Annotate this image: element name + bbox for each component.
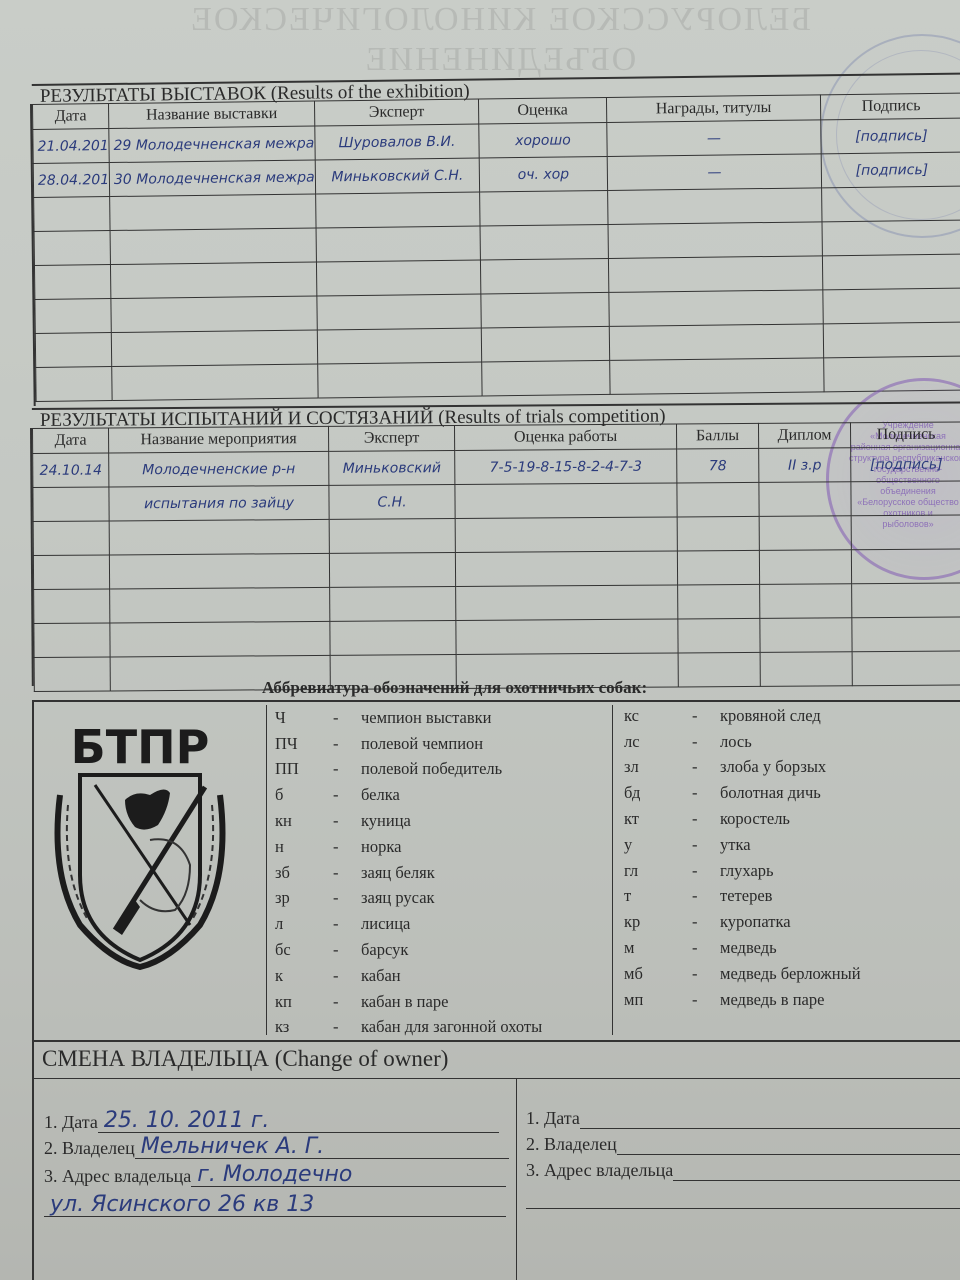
owner2-date-field[interactable] — [580, 1106, 960, 1129]
empty-cell — [35, 299, 111, 334]
dash: - — [692, 757, 720, 777]
abbreviation-item: гл-глухарь — [612, 858, 942, 884]
col-signature: Подпись — [850, 422, 960, 448]
owner2-owner-field[interactable] — [617, 1132, 960, 1155]
abbreviation-description: злоба у борзых — [720, 757, 942, 777]
empty-cell — [759, 516, 851, 551]
diploma-cell: II з.р — [759, 448, 851, 483]
dash: - — [333, 708, 361, 728]
empty-cell — [318, 362, 482, 398]
empty-cell — [822, 254, 960, 290]
abbreviation-item: кс-кровяной след — [612, 703, 942, 729]
abbreviation-item: кр-куропатка — [612, 909, 942, 935]
awards-cell: — — [607, 120, 821, 157]
abbreviation-item: кн-куница — [267, 808, 612, 834]
empty-cell — [480, 258, 608, 294]
exhibition-results-section: РЕЗУЛЬТАТЫ ВЫСТАВОК (Results of the exhi… — [30, 93, 960, 406]
dash: - — [692, 732, 720, 752]
abbreviation-code: мб — [612, 964, 692, 984]
empty-cell — [851, 549, 960, 584]
abbreviation-description: болотная дичь — [720, 783, 942, 803]
empty-cell — [316, 226, 480, 262]
abbreviation-item: кп-кабан в паре — [267, 989, 612, 1015]
col-signature: Подпись — [820, 93, 960, 120]
empty-cell — [609, 324, 823, 361]
abbreviation-description: коростель — [720, 809, 942, 829]
abbreviation-description: барсук — [361, 940, 612, 960]
date-cell — [33, 487, 109, 522]
divider — [34, 1078, 960, 1079]
abbreviation-code: зр — [267, 888, 333, 908]
abbreviation-code: кт — [612, 809, 692, 829]
empty-cell — [824, 356, 960, 392]
abbreviation-item: т-тетерев — [612, 884, 942, 910]
abbreviation-description: заяц беляк — [361, 863, 612, 883]
abbreviation-code: кр — [612, 912, 692, 932]
owner1-date-label: 1. Дата — [44, 1112, 98, 1133]
empty-cell — [480, 190, 608, 226]
svg-text:БТПР: БТПР — [71, 720, 210, 774]
abbreviation-code: кп — [267, 992, 333, 1012]
abbreviation-item: Ч-чемпион выставки — [267, 705, 612, 731]
expert-cell: Шуровалов В.И. — [315, 124, 479, 160]
abbreviation-item: зб-заяц беляк — [267, 860, 612, 886]
col-points: Баллы — [676, 423, 758, 449]
owner1-address-line: 3. Адрес владельца г. Молодечно — [44, 1164, 506, 1187]
owner2-date-label: 1. Дата — [526, 1108, 580, 1129]
divider — [516, 1078, 517, 1280]
points-cell — [677, 482, 759, 517]
abbreviation-description: тетерев — [720, 886, 942, 906]
col-diploma: Диплом — [758, 423, 850, 449]
dash: - — [333, 1017, 361, 1037]
abbreviation-code: мп — [612, 990, 692, 1010]
expert-cell: Миньковский — [329, 451, 455, 486]
owner1-owner-field[interactable]: Мельничек А. Г. — [135, 1136, 509, 1159]
owner2-address-label: 3. Адрес владельца — [526, 1160, 673, 1181]
event-name-cell: испытания по зайцу — [109, 485, 329, 521]
abbreviation-item: л-лисица — [267, 911, 612, 937]
empty-cell — [608, 188, 822, 225]
grade-cell: оч. хор — [479, 156, 607, 192]
abbreviation-description: куница — [361, 811, 612, 831]
empty-cell — [329, 519, 455, 554]
empty-cell — [109, 519, 329, 555]
abbreviation-code: ПЧ — [267, 734, 333, 754]
empty-cell — [456, 619, 678, 655]
abbreviation-description: медведь — [720, 938, 942, 958]
abbreviations-title: Аббревиатура обозначений для охотничьих … — [262, 678, 647, 698]
empty-cell — [34, 231, 110, 266]
dash: - — [692, 964, 720, 984]
empty-cell — [456, 585, 678, 621]
abbreviation-item: кз-кабан для загонной охоты — [267, 1015, 612, 1041]
empty-cell — [610, 358, 824, 395]
abbreviations-right-column: кс-кровяной следлс-лосьзл-злоба у борзых… — [612, 703, 942, 1013]
empty-cell — [330, 621, 456, 656]
event-name-cell: Молодечненские р-н — [109, 451, 329, 487]
empty-cell — [111, 296, 317, 333]
empty-cell — [678, 618, 760, 653]
diploma-cell — [759, 482, 851, 517]
abbreviation-item: бд-болотная дичь — [612, 780, 942, 806]
trial-results-table: Дата Название мероприятия Эксперт Оценка… — [32, 421, 960, 691]
abbreviation-item: ПП-полевой победитель — [267, 757, 612, 783]
abbreviation-item: зл-злоба у борзых — [612, 755, 942, 781]
abbreviation-item: мб-медведь берложный — [612, 961, 942, 987]
empty-cell — [760, 652, 852, 687]
empty-cell — [33, 521, 109, 556]
abbreviation-code: у — [612, 835, 692, 855]
owner1-address-field-2[interactable]: ул. Ясинского 26 кв 13 — [44, 1194, 506, 1217]
signature-cell: [подпись] — [821, 118, 960, 154]
btpr-logo-icon: БТПР — [40, 715, 240, 970]
empty-cell — [823, 288, 960, 324]
dash: - — [692, 835, 720, 855]
abbreviation-description: белка — [361, 785, 612, 805]
abbreviation-code: б — [267, 785, 333, 805]
empty-cell — [317, 294, 481, 330]
owner1-date-field[interactable]: 25. 10. 2011 г. — [98, 1110, 499, 1133]
abbreviation-description: полевой победитель — [361, 759, 612, 779]
abbreviation-code: м — [612, 938, 692, 958]
abbreviation-description: медведь в паре — [720, 990, 942, 1010]
empty-cell — [317, 328, 481, 364]
owner2-owner-line: 2. Владелец — [526, 1132, 960, 1155]
abbreviation-item: лс-лось — [612, 729, 942, 755]
abbreviation-item: м-медведь — [612, 935, 942, 961]
empty-cell — [823, 322, 960, 358]
abbreviation-code: зл — [612, 757, 692, 777]
abbreviation-item: бс-барсук — [267, 937, 612, 963]
change-of-owner-title: СМЕНА ВЛАДЕЛЬЦА (Change of owner) — [42, 1046, 448, 1072]
abbreviation-item: зр-заяц русак — [267, 886, 612, 912]
owner1-address-label: 3. Адрес владельца — [44, 1166, 191, 1187]
abbreviation-description: лось — [720, 732, 942, 752]
abbreviation-description: куропатка — [720, 912, 942, 932]
owner1-address-field[interactable]: г. Молодечно — [191, 1164, 506, 1187]
dash: - — [333, 940, 361, 960]
empty-cell — [851, 515, 960, 550]
abbreviation-code: бс — [267, 940, 333, 960]
empty-cell — [678, 652, 760, 687]
dash: - — [692, 912, 720, 932]
abbreviation-code: ПП — [267, 759, 333, 779]
empty-cell — [330, 587, 456, 622]
empty-cell — [35, 333, 111, 368]
dash: - — [333, 914, 361, 934]
empty-cell — [34, 589, 110, 624]
abbreviation-code: т — [612, 886, 692, 906]
empty-cell — [111, 330, 317, 367]
abbreviation-code: зб — [267, 863, 333, 883]
abbreviation-description: утка — [720, 835, 942, 855]
dash: - — [692, 783, 720, 803]
owner2-date-line: 1. Дата — [526, 1106, 960, 1129]
abbreviation-description: норка — [361, 837, 612, 857]
empty-cell — [110, 587, 330, 623]
abbreviation-item: кт-коростель — [612, 806, 942, 832]
date-cell: 21.04.2011 — [33, 129, 109, 164]
signature-cell: [подпись] — [851, 447, 960, 482]
empty-cell — [480, 224, 608, 260]
empty-cell — [481, 292, 609, 328]
empty-cell — [36, 367, 112, 402]
empty-cell — [609, 290, 823, 327]
dash: - — [692, 861, 720, 881]
empty-cell — [852, 617, 960, 652]
dash: - — [333, 811, 361, 831]
grade-cell: хорошо — [479, 122, 607, 158]
abbreviation-description: лисица — [361, 914, 612, 934]
owner2-address-field-2[interactable] — [526, 1186, 960, 1209]
abbreviation-description: медведь берложный — [720, 964, 942, 984]
abbreviation-code: к — [267, 966, 333, 986]
empty-cell — [677, 550, 759, 585]
empty-cell — [608, 256, 822, 293]
owner2-owner-label: 2. Владелец — [526, 1134, 617, 1155]
empty-cell — [329, 553, 455, 588]
empty-cell — [316, 192, 480, 228]
exhibition-name-cell: 29 Молодечненская межрайонная выст. — [109, 126, 315, 163]
dash: - — [692, 990, 720, 1010]
abbreviation-code: л — [267, 914, 333, 934]
col-grade: Оценка — [478, 97, 606, 124]
owner1-address-line2: ул. Ясинского 26 кв 13 — [44, 1194, 506, 1217]
dash: - — [333, 966, 361, 986]
dash: - — [333, 837, 361, 857]
abbreviation-description: полевой чемпион — [361, 734, 612, 754]
empty-cell — [759, 550, 851, 585]
empty-cell — [34, 265, 110, 300]
empty-cell — [110, 228, 316, 265]
abbreviation-item: мп-медведь в паре — [612, 987, 942, 1013]
work-grade-cell — [455, 483, 677, 519]
dash: - — [333, 785, 361, 805]
date-cell: 24.10.14 — [33, 453, 109, 488]
signature-cell — [851, 481, 960, 516]
empty-cell — [110, 262, 316, 299]
abbreviations-left-column: Ч-чемпион выставкиПЧ-полевой чемпионПП-п… — [266, 705, 613, 1035]
empty-cell — [760, 618, 852, 653]
empty-cell — [455, 517, 677, 553]
col-awards: Награды, титулы — [606, 95, 820, 123]
abbreviation-code: бд — [612, 783, 692, 803]
empty-cell — [678, 584, 760, 619]
empty-cell — [34, 197, 110, 232]
work-grade-cell: 7-5-19-8-15-8-2-4-7-3 — [455, 449, 677, 485]
owner2-address-line2 — [526, 1186, 960, 1209]
empty-cell — [33, 555, 109, 590]
dash: - — [692, 706, 720, 726]
empty-cell — [34, 623, 110, 658]
empty-cell — [481, 326, 609, 362]
empty-cell — [316, 260, 480, 296]
abbreviation-description: кабан — [361, 966, 612, 986]
points-cell: 78 — [677, 448, 759, 483]
owner1-date-line: 1. Дата 25. 10. 2011 г. — [44, 1110, 499, 1133]
abbreviation-code: кн — [267, 811, 333, 831]
empty-cell — [822, 186, 960, 222]
dash: - — [333, 992, 361, 1012]
empty-cell — [109, 553, 329, 589]
empty-cell — [455, 551, 677, 587]
expert-cell: С.Н. — [329, 485, 455, 520]
dash: - — [692, 938, 720, 958]
empty-cell — [760, 584, 852, 619]
date-cell: 28.04.2012 — [33, 163, 109, 198]
empty-cell — [852, 651, 960, 686]
dash: - — [333, 863, 361, 883]
empty-cell — [110, 621, 330, 657]
empty-cell — [608, 222, 822, 259]
abbreviation-item: б-белка — [267, 782, 612, 808]
abbreviation-description: заяц русак — [361, 888, 612, 908]
dash: - — [333, 734, 361, 754]
signature-cell: [подпись] — [821, 152, 960, 188]
owner1-owner-line: 2. Владелец Мельничек А. Г. — [44, 1136, 509, 1159]
abbreviation-code: н — [267, 837, 333, 857]
empty-cell — [34, 657, 110, 692]
abbreviation-description: кабан в паре — [361, 992, 612, 1012]
dash: - — [333, 759, 361, 779]
exhibition-results-table: Дата Название выставки Эксперт Оценка На… — [32, 93, 960, 402]
dash: - — [692, 809, 720, 829]
abbreviation-description: чемпион выставки — [361, 708, 612, 728]
abbreviation-code: лс — [612, 732, 692, 752]
abbreviation-code: Ч — [267, 708, 333, 728]
trial-results-section: РЕЗУЛЬТАТЫ ИСПЫТАНИЙ И СОСТЯЗАНИЙ (Resul… — [30, 421, 960, 686]
abbreviation-description: глухарь — [720, 861, 942, 881]
dash: - — [692, 886, 720, 906]
change-of-owner-section: СМЕНА ВЛАДЕЛЬЦА (Change of owner) 1. Дат… — [32, 1040, 960, 1280]
owner2-address-line: 3. Адрес владельца — [526, 1158, 960, 1181]
empty-cell — [482, 360, 610, 396]
abbreviation-item: н-норка — [267, 834, 612, 860]
abbreviation-item: к-кабан — [267, 963, 612, 989]
abbreviation-code: кс — [612, 706, 692, 726]
awards-cell: — — [607, 154, 821, 191]
abbreviation-description: кровяной след — [720, 706, 942, 726]
owner2-address-field[interactable] — [673, 1158, 960, 1181]
expert-cell: Миньковский С.Н. — [315, 158, 479, 194]
empty-cell — [677, 516, 759, 551]
abbreviation-code: гл — [612, 861, 692, 881]
owner1-owner-label: 2. Владелец — [44, 1138, 135, 1159]
exhibition-name-cell: 30 Молодечненская межрайонная выставка — [109, 160, 315, 197]
abbreviation-code: кз — [267, 1017, 333, 1037]
empty-cell — [852, 583, 960, 618]
dash: - — [333, 888, 361, 908]
abbreviation-item: у-утка — [612, 832, 942, 858]
empty-cell — [110, 194, 316, 231]
abbreviation-description: кабан для загонной охоты — [361, 1017, 612, 1037]
empty-cell — [822, 220, 960, 256]
abbreviation-item: ПЧ-полевой чемпион — [267, 731, 612, 757]
empty-cell — [112, 364, 318, 401]
